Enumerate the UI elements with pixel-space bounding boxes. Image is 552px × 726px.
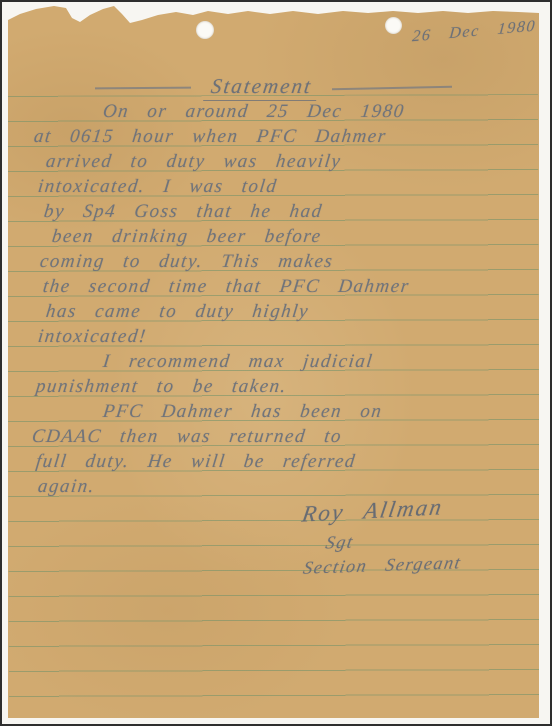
handwritten-line: On or around 25 Dec 1980 — [101, 99, 406, 124]
handwritten-line: PFC Dahmer has been on — [101, 399, 383, 424]
handwritten-line: I recommend max judicial — [101, 349, 374, 374]
handwritten-line: at 0615 hour when PFC Dahmer — [32, 124, 388, 149]
statement-heading: Statement — [8, 74, 539, 101]
handwritten-line: coming to duty. This makes — [38, 249, 334, 274]
handwritten-line: by Sp4 Goss that he had — [42, 199, 324, 224]
handwritten-date: 26 Dec 1980 — [411, 14, 537, 50]
handwritten-line: the second time that PFC Dahmer — [41, 274, 411, 299]
handwritten-line: CDAAC then was returned to — [30, 424, 343, 449]
handwritten-line: been drinking beer before — [50, 224, 323, 249]
punch-hole-left — [196, 21, 214, 39]
paper: 26 Dec 1980 Statement On or around 25 De… — [8, 2, 539, 718]
handwritten-line: arrived to duty was heavily — [44, 149, 342, 174]
heading-dash-right — [332, 85, 452, 90]
heading-dash-left — [95, 86, 191, 89]
statement-title: Statement — [203, 74, 320, 101]
handwritten-line: again. — [36, 474, 96, 499]
handwritten-line: punishment to be taken. — [34, 374, 288, 399]
signature-rank: Sgt — [324, 530, 356, 556]
punch-hole-right — [385, 17, 402, 34]
handwritten-line: intoxicated. I was told — [36, 174, 278, 199]
handwritten-line: intoxicated! — [36, 324, 148, 349]
scanned-document: 26 Dec 1980 Statement On or around 25 De… — [0, 0, 552, 726]
handwritten-line: has came to duty highly — [44, 299, 310, 324]
handwritten-line: full duty. He will be referred — [34, 449, 357, 474]
